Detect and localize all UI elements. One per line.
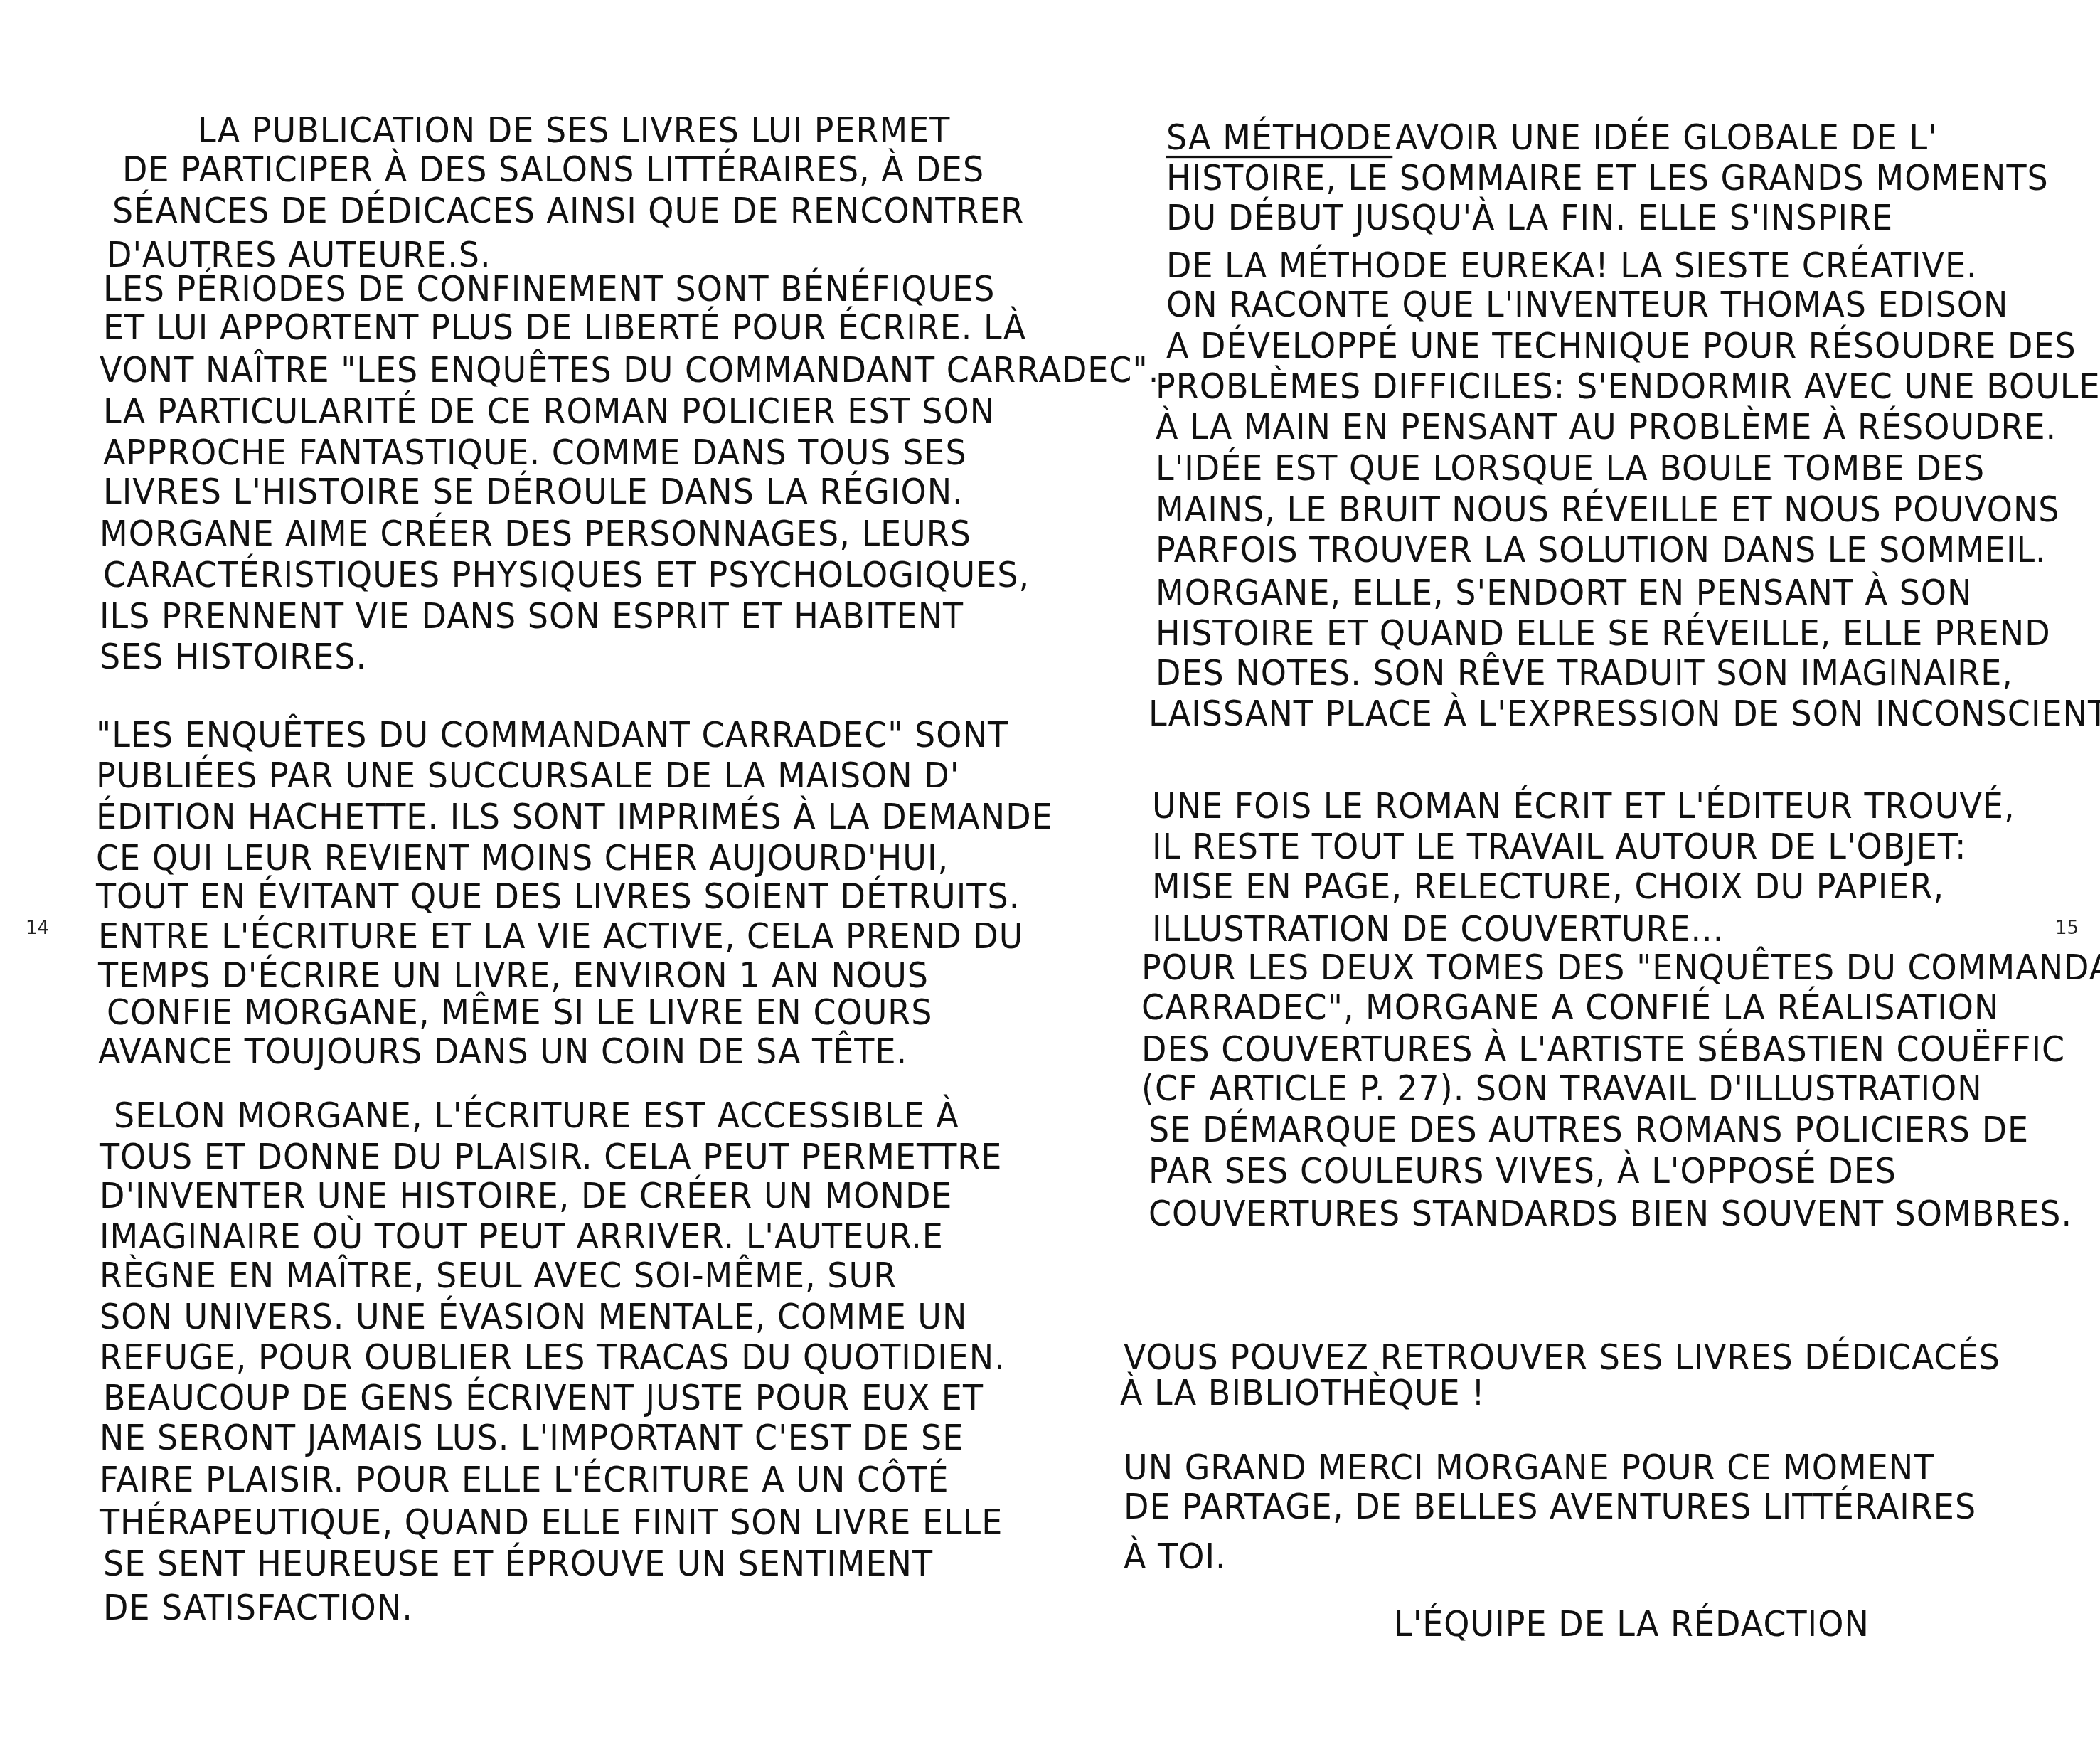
left-text-line: ils prennent vie dans son esprit et habi…: [100, 595, 964, 637]
right-text-line: de partage, de belles aventures littérai…: [1124, 1485, 1976, 1528]
left-text-line: approche fantastique. Comme dans tous se…: [103, 431, 967, 474]
left-text-line: son univers. Une évasion mentale, comme …: [100, 1295, 967, 1338]
left-text-line: La particularité de ce roman policier es…: [103, 390, 995, 432]
left-text-line: confie Morgane, même si le livre en cour…: [107, 991, 933, 1034]
left-text-line: avance toujours dans un coin de sa tête.: [98, 1030, 907, 1073]
left-text-line: Entre l'écriture et la vie active, cela …: [98, 915, 1023, 957]
right-text-line: mains, le bruit nous réveille et nous po…: [1156, 488, 2060, 531]
right-text-line: On raconte que l'inventeur Thomas Edison: [1166, 283, 2008, 326]
right-text-line: (cf article p. 27). Son travail d'illust…: [1141, 1067, 1983, 1110]
left-text-line: tout en évitant que des livres soient dé…: [96, 875, 1020, 918]
left-text-line: faire plaisir. Pour elle l'écriture a un…: [100, 1458, 949, 1501]
left-text-line: thérapeutique, quand elle finit son livr…: [100, 1501, 1003, 1543]
right-text-line: Sa méthode: [1166, 116, 1392, 159]
left-text-line: Selon Morgane, l'écriture est accessible…: [114, 1094, 959, 1137]
right-text-line: couvertures standards bien souvent sombr…: [1148, 1192, 2072, 1235]
right-text-line: Un grand merci Morgane pour ce moment: [1124, 1446, 1934, 1489]
left-text-line: imaginaire où tout peut arriver. L'auteu…: [100, 1215, 944, 1258]
right-text-line: mise en page, relecture, choix du papier…: [1152, 865, 1944, 908]
right-text-line: de la méthode Eureka! La sieste créative…: [1166, 244, 1978, 287]
right-text-line: : avoir une idée globale de l': [1373, 116, 1938, 159]
left-text-line: de satisfaction.: [103, 1586, 413, 1629]
right-text-line: à la main en pensant au problème à résou…: [1156, 405, 2057, 448]
left-text-line: Les périodes de confinement sont bénéfiq…: [103, 267, 995, 310]
right-text-line: Morgane, elle, s'endort en pensant à son: [1156, 571, 1972, 614]
right-text-line: du début jusqu'à la fin. Elle s'inspire: [1166, 196, 1893, 239]
left-text-line: livres l'histoire se déroule dans la rég…: [103, 470, 964, 513]
left-text-line: ce qui leur revient moins cher aujourd'h…: [96, 836, 949, 879]
left-text-line: vont naître "Les enquêtes du commandant …: [100, 349, 1159, 391]
right-text-line: laissant place à l'expression de son inc…: [1148, 692, 2100, 735]
right-text-line: histoire et quand elle se réveille, elle…: [1156, 612, 2051, 654]
left-text-line: La publication de ses livres lui permet: [198, 109, 950, 152]
page-number-left: 14: [26, 918, 49, 939]
right-text-line: se démarque des autres romans policiers …: [1148, 1108, 2029, 1151]
left-text-line: refuge, pour oublier les tracas du quoti…: [100, 1336, 1006, 1378]
right-text-line: histoire, le sommaire et les grands mome…: [1166, 156, 2049, 199]
left-text-line: tous et donne du plaisir. Cela peut perm…: [100, 1135, 1002, 1178]
right-text-line: Une fois le roman écrit et l'éditeur tro…: [1152, 785, 2015, 827]
right-text-line: des notes. Son rêve traduit son imaginai…: [1156, 652, 2013, 694]
left-text-line: d'inventer une histoire, de créer un mon…: [100, 1174, 952, 1217]
right-text-line: problèmes difficiles: s'endormir avec un…: [1156, 365, 2100, 408]
page-number-right: 15: [2055, 918, 2079, 939]
left-text-line: se sent heureuse et éprouve un sentiment: [103, 1542, 933, 1585]
left-text-line: de participer à des salons littéraires, …: [122, 148, 984, 191]
left-text-line: "Les enquêtes du commandant Carradec" so…: [96, 713, 1008, 756]
left-text-line: caractéristiques physiques et psychologi…: [103, 553, 1030, 596]
left-text-line: ne seront jamais lus. L'important c'est …: [100, 1416, 964, 1459]
left-text-line: publiées par une succursale de la maison…: [96, 754, 959, 797]
left-text-line: Morgane aime créer des personnages, leur…: [100, 512, 971, 555]
left-text-line: ses histoires.: [100, 635, 367, 678]
right-text-line: a développé une technique pour résoudre …: [1166, 324, 2077, 367]
left-text-line: Beaucoup de gens écrivent juste pour eux…: [103, 1376, 984, 1419]
right-text-line: Pour les deux tomes des "Enquêtes du com…: [1141, 946, 2100, 989]
left-text-line: et lui apportent plus de liberté pour éc…: [103, 306, 1026, 349]
left-text-line: édition Hachette. Ils sont imprimés à la…: [96, 795, 1053, 838]
right-text-line: par ses couleurs vives, à l'opposé des: [1148, 1149, 1897, 1192]
right-text-line: illustration de couverture...: [1152, 908, 1724, 950]
right-text-line: à toi.: [1124, 1535, 1227, 1578]
left-text-line: règne en maître, seul avec soi-même, sur: [100, 1254, 897, 1297]
right-text-line: à la bibliothèque !: [1120, 1371, 1486, 1414]
right-text-line: Carradec", Morgane a confié la réalisati…: [1141, 986, 1999, 1029]
left-text-line: séances de dédicaces ainsi que de rencon…: [112, 189, 1024, 232]
right-text-line: L'idée est que lorsque la boule tombe de…: [1156, 447, 1985, 489]
right-text-line: il reste tout le travail autour de l'obj…: [1152, 825, 1966, 868]
right-text-line: L'équipe de la rédaction: [1394, 1603, 1870, 1645]
right-text-line: des couvertures à l'artiste Sébastien Co…: [1141, 1028, 2065, 1070]
right-text-line: parfois trouver la solution dans le somm…: [1156, 528, 2047, 571]
